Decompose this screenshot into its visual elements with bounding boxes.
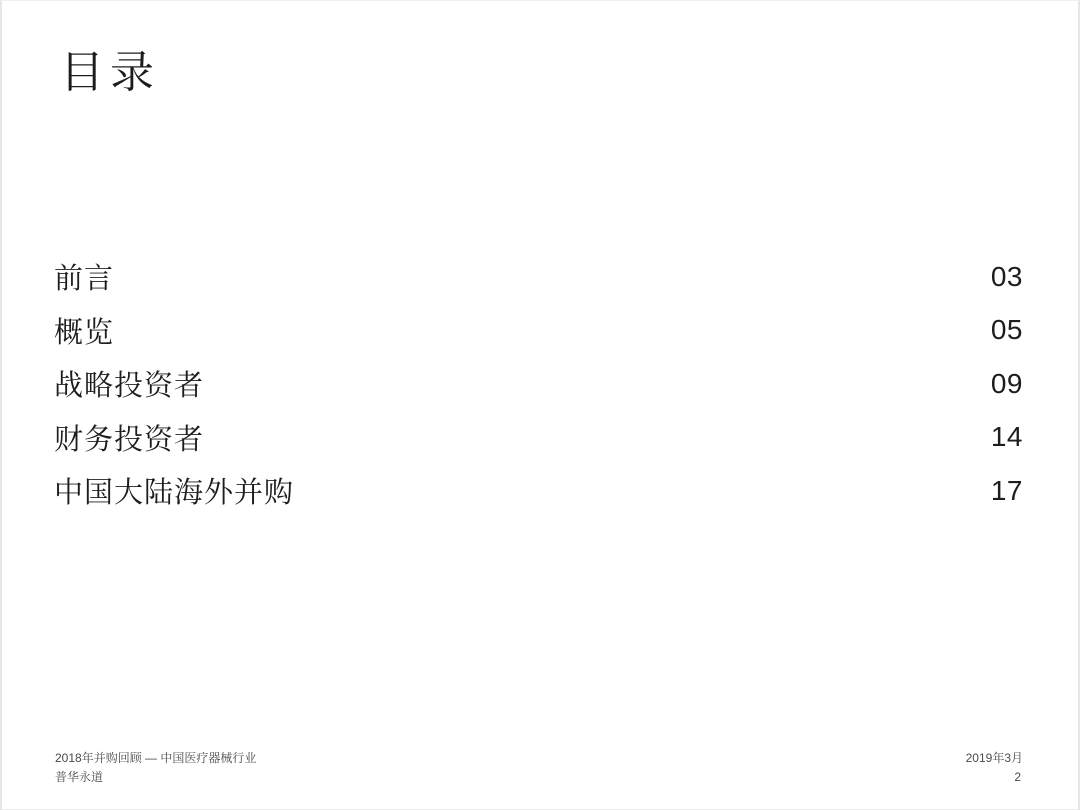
toc-entry-label: 概览 <box>54 310 114 351</box>
toc-entry-page-number: 03 <box>991 261 1023 293</box>
footer-right: 2019年3月 2 <box>966 749 1023 787</box>
footer-page-number: 2 <box>966 768 1023 787</box>
toc-entry-label: 战略投资者 <box>54 363 204 404</box>
toc-entry-label: 中国大陆海外并购 <box>54 470 294 511</box>
slide-page: 目录 前言 03 概览 05 战略投资者 09 财务投资者 14 中国大陆海外并… <box>0 0 1080 810</box>
toc-entry-mainland-china-overseas-ma[interactable]: 中国大陆海外并购 17 <box>54 464 1023 518</box>
toc-entry-page-number: 17 <box>991 475 1023 507</box>
footer-report-title: 2018年并购回顾 — 中国医疗器械行业 <box>55 749 256 768</box>
toc-entry-page-number: 09 <box>991 368 1023 400</box>
table-of-contents: 前言 03 概览 05 战略投资者 09 财务投资者 14 中国大陆海外并购 1… <box>54 250 1023 518</box>
toc-entry-page-number: 05 <box>991 314 1023 346</box>
toc-entry-overview[interactable]: 概览 05 <box>54 304 1023 358</box>
toc-entry-foreword[interactable]: 前言 03 <box>54 250 1023 304</box>
toc-entry-page-number: 14 <box>991 421 1023 453</box>
footer-left: 2018年并购回顾 — 中国医疗器械行业 普华永道 <box>55 749 256 787</box>
toc-entry-financial-investors[interactable]: 财务投资者 14 <box>54 411 1023 465</box>
footer-date: 2019年3月 <box>966 749 1023 768</box>
toc-entry-label: 财务投资者 <box>54 417 204 458</box>
page-title: 目录 <box>60 49 160 97</box>
toc-entry-strategic-investors[interactable]: 战略投资者 09 <box>54 357 1023 411</box>
toc-entry-label: 前言 <box>54 256 114 297</box>
footer-company-name: 普华永道 <box>55 768 256 787</box>
